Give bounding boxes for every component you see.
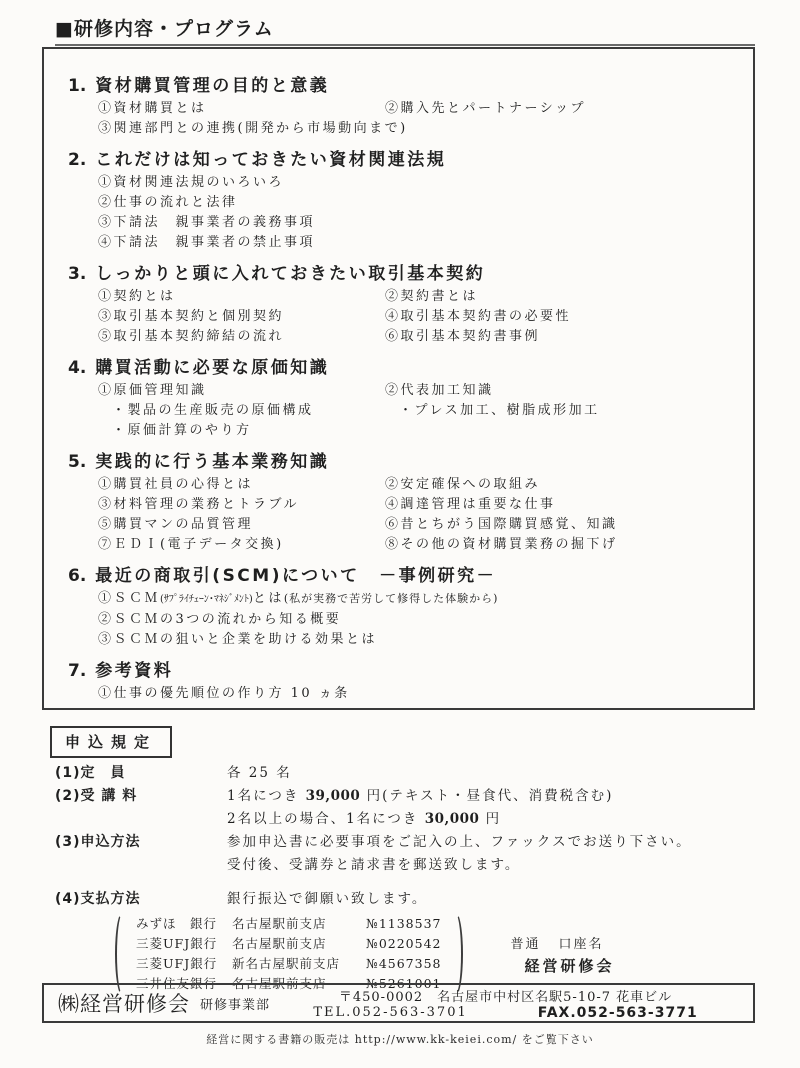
item-left-sub-bullet: ・原価計算のやり方 bbox=[98, 421, 385, 441]
department-name: 研修事業部 bbox=[200, 994, 270, 1013]
item-row: ②仕事の流れと法律 bbox=[98, 193, 735, 213]
section-6-heading: 6.最近の商取引(SCM)について －事例研究－ bbox=[68, 565, 735, 587]
bank-account-number: №1138537 bbox=[366, 914, 442, 934]
item-left: ⑦ＥＤＩ(電子データ交換) bbox=[98, 535, 385, 555]
rule-method-line1: 参加申込書に必要事項をご記入の上、ファックスでお送り下さい。 bbox=[227, 831, 760, 853]
account-name-block: 普通口座名 経営研修会 bbox=[511, 933, 615, 976]
section-1-heading: 1.資材購買管理の目的と意義 bbox=[68, 75, 735, 97]
section-3-items: ①契約とは ②契約書とは ③取引基本契約と個別契約 ④取引基本契約書の必要性 ⑤… bbox=[98, 287, 735, 347]
item-row: ①契約とは ②契約書とは bbox=[98, 287, 735, 307]
item-right: ④取引基本契約書の必要性 bbox=[385, 307, 735, 327]
note-url: http://www.kk-keiei.com/ bbox=[355, 1033, 518, 1046]
scanned-seminar-program-page: ■研修内容・プログラム 1.資材購買管理の目的と意義 ①資材購買とは ②購入先と… bbox=[0, 0, 800, 1068]
item-right: ⑥昔とちがう国際購買感覚、知識 bbox=[385, 515, 735, 535]
section-4-heading: 4.購買活動に必要な原価知識 bbox=[68, 357, 735, 379]
item-right: ⑥取引基本契約書事例 bbox=[385, 327, 735, 347]
item-left: ⑤取引基本契約締結の流れ bbox=[98, 327, 385, 347]
tel-fax-line: TEL.052-563-3701 FAX.052-563-3771 bbox=[270, 1005, 741, 1021]
rule-fee: (2)受 講 料 1名につき 39,000 円(テキスト・昼食代、消費税含む) bbox=[55, 785, 760, 807]
section-2-heading: 2.これだけは知っておきたい資材関連法規 bbox=[68, 149, 735, 171]
item-row: ③材料管理の業務とトラブル ④調達管理は重要な仕事 bbox=[98, 495, 735, 515]
bank-name: 三菱UFJ銀行 bbox=[136, 954, 232, 974]
item-row: ①資材購買とは ②購入先とパートナーシップ bbox=[98, 99, 735, 119]
item-right: ④調達管理は重要な仕事 bbox=[385, 495, 735, 515]
bank-name: 三菱UFJ銀行 bbox=[136, 934, 232, 954]
item-left: ①資材購買とは bbox=[98, 99, 385, 119]
rule-payment-label: (4)支払方法 bbox=[55, 888, 227, 910]
bank-account-number: №0220542 bbox=[366, 934, 442, 954]
phone-number: TEL.052-563-3701 bbox=[313, 1005, 467, 1021]
scm-experience-note: (私が実務で苦労して修得した体験から) bbox=[284, 592, 499, 605]
item-left: ①契約とは bbox=[98, 287, 385, 307]
section-2-items: ①資材関連法規のいろいろ ②仕事の流れと法律 ③下請法 親事業者の義務事項 ④下… bbox=[98, 173, 735, 253]
fee-text: 円(テキスト・昼食代、消費税含む) bbox=[360, 788, 613, 804]
rule-capacity: (1)定 員 各 25 名 bbox=[55, 762, 760, 784]
section-5-heading: 5.実践的に行う基本業務知識 bbox=[68, 451, 735, 473]
page-title: ■研修内容・プログラム bbox=[55, 14, 274, 41]
program-section-7: 7.参考資料 ①仕事の優先順位の作り方 10 ヵ条 bbox=[68, 660, 735, 704]
rule-fee-line1: 1名につき 39,000 円(テキスト・昼食代、消費税含む) bbox=[227, 785, 760, 807]
program-section-2: 2.これだけは知っておきたい資材関連法規 ①資材関連法規のいろいろ ②仕事の流れ… bbox=[68, 149, 735, 253]
section-6-number: 6. bbox=[68, 566, 86, 586]
book-sales-note: 経営に関する書籍の販売は http://www.kk-keiei.com/ をご… bbox=[0, 1031, 800, 1047]
bank-row: 三菱UFJ銀行 新名古屋駅前支店 №4567358 bbox=[136, 954, 442, 974]
fee-discount-amount: 30,000 bbox=[425, 811, 480, 827]
section-7-items: ①仕事の優先順位の作り方 10 ヵ条 bbox=[98, 684, 735, 704]
account-holder-name: 経営研修会 bbox=[525, 955, 615, 976]
item-left: ①原価管理知識 bbox=[98, 381, 385, 401]
company-address: 〒450-0002 名古屋市中村区名駅5-10-7 花車ビル bbox=[270, 986, 741, 1005]
section-7-heading: 7.参考資料 bbox=[68, 660, 735, 682]
bank-branch: 名古屋駅前支店 bbox=[232, 934, 366, 954]
program-section-4: 4.購買活動に必要な原価知識 ①原価管理知識 ②代表加工知識 ・製品の生産販売の… bbox=[68, 357, 735, 441]
section-5-items: ①購買社員の心得とは ②安定確保への取組み ③材料管理の業務とトラブル ④調達管… bbox=[98, 475, 735, 555]
item-right: ②契約書とは bbox=[385, 287, 735, 307]
item-row: ①資材関連法規のいろいろ bbox=[98, 173, 735, 193]
section-1-items: ①資材購買とは ②購入先とパートナーシップ ③関連部門との連携(開発から市場動向… bbox=[98, 99, 735, 139]
company-name: ㈱経営研修会 bbox=[58, 988, 190, 1018]
item-row: ・製品の生産販売の原価構成 ・プレス加工、樹脂成形加工 bbox=[98, 401, 735, 421]
bank-branch: 名古屋駅前支店 bbox=[232, 914, 366, 934]
section-1-title: 資材購買管理の目的と意義 bbox=[95, 76, 329, 96]
title-underline bbox=[55, 44, 755, 46]
rule-application-method: (3)申込方法 参加申込書に必要事項をご記入の上、ファックスでお送り下さい。 bbox=[55, 831, 760, 853]
fee-text: 円 bbox=[479, 811, 501, 827]
rule-capacity-label: (1)定 員 bbox=[55, 762, 227, 784]
section-2-number: 2. bbox=[68, 150, 86, 170]
rule-method-label: (3)申込方法 bbox=[55, 831, 227, 853]
item-left: ③関連部門との連携(開発から市場動向まで) bbox=[98, 119, 385, 139]
account-name-label: 口座名 bbox=[559, 937, 604, 952]
item-row: ④下請法 親事業者の禁止事項 bbox=[98, 233, 735, 253]
item-row: ③関連部門との連携(開発から市場動向まで) bbox=[98, 119, 735, 139]
item-row: ①原価管理知識 ②代表加工知識 bbox=[98, 381, 735, 401]
application-rules-label-box: 申込規定 bbox=[50, 726, 172, 758]
account-type: 普通 bbox=[511, 937, 541, 952]
spacer bbox=[55, 808, 227, 830]
item-row: ①仕事の優先順位の作り方 10 ヵ条 bbox=[98, 684, 735, 704]
item-right: ⑧その他の資材購買業務の掘下げ bbox=[385, 535, 735, 555]
bank-row: 三菱UFJ銀行 名古屋駅前支店 №0220542 bbox=[136, 934, 442, 954]
item-left: ③取引基本契約と個別契約 bbox=[98, 307, 385, 327]
bank-account-number: №4567358 bbox=[366, 954, 442, 974]
rule-fee-label: (2)受 講 料 bbox=[55, 785, 227, 807]
item-right bbox=[385, 421, 735, 441]
section-3-title: しっかりと頭に入れておきたい取引基本契約 bbox=[95, 264, 485, 284]
item-row: ③取引基本契約と個別契約 ④取引基本契約書の必要性 bbox=[98, 307, 735, 327]
section-1-number: 1. bbox=[68, 76, 86, 96]
rule-payment-line1: 銀行振込で御願い致します。 bbox=[227, 888, 760, 910]
item-right-sub-bullet: ・プレス加工、樹脂成形加工 bbox=[385, 401, 735, 421]
section-4-items: ①原価管理知識 ②代表加工知識 ・製品の生産販売の原価構成 ・プレス加工、樹脂成… bbox=[98, 381, 735, 441]
item-right: ②安定確保への取組み bbox=[385, 475, 735, 495]
fee-amount: 39,000 bbox=[306, 788, 361, 804]
section-4-number: 4. bbox=[68, 358, 86, 378]
section-7-title: 参考資料 bbox=[95, 661, 173, 681]
item-row: ③下請法 親事業者の義務事項 bbox=[98, 213, 735, 233]
section-3-heading: 3.しっかりと頭に入れておきたい取引基本契約 bbox=[68, 263, 735, 285]
item-row: ⑤取引基本契約締結の流れ ⑥取引基本契約書事例 bbox=[98, 327, 735, 347]
item-left: ①購買社員の心得とは bbox=[98, 475, 385, 495]
section-2-title: これだけは知っておきたい資材関連法規 bbox=[95, 150, 446, 170]
note-text: 経営に関する書籍の販売は bbox=[206, 1033, 355, 1046]
rule-payment: (4)支払方法 銀行振込で御願い致します。 bbox=[55, 888, 760, 910]
item-right: ②購入先とパートナーシップ bbox=[385, 99, 735, 119]
company-footer-box: ㈱経営研修会 研修事業部 〒450-0002 名古屋市中村区名駅5-10-7 花… bbox=[42, 983, 755, 1023]
program-section-3: 3.しっかりと頭に入れておきたい取引基本契約 ①契約とは ②契約書とは ③取引基… bbox=[68, 263, 735, 347]
scm-item-mid: とは bbox=[253, 591, 284, 606]
bank-branch: 新名古屋駅前支店 bbox=[232, 954, 366, 974]
bank-name: みずほ 銀行 bbox=[136, 914, 232, 934]
item-row: ・原価計算のやり方 bbox=[98, 421, 735, 441]
item-right: ②代表加工知識 bbox=[385, 381, 735, 401]
program-content-box: 1.資材購買管理の目的と意義 ①資材購買とは ②購入先とパートナーシップ ③関連… bbox=[42, 47, 755, 710]
item-row: ③ＳＣＭの狙いと企業を助ける効果とは bbox=[98, 630, 735, 650]
scm-item-main: ①ＳＣＭ bbox=[98, 591, 160, 606]
section-6-title: 最近の商取引(SCM)について －事例研究－ bbox=[95, 566, 496, 586]
section-6-items: ①ＳＣＭ(ｻﾌﾟﾗｲﾁｪｰﾝ･ﾏﾈｼﾞﾒﾝﾄ)とは(私が実務で苦労して修得した体… bbox=[98, 589, 735, 650]
section-3-number: 3. bbox=[68, 264, 86, 284]
rule-method-line2: 受付後、受講券と請求書を郵送致します。 bbox=[227, 854, 760, 876]
bank-row: みずほ 銀行 名古屋駅前支店 №1138537 bbox=[136, 914, 442, 934]
section-5-number: 5. bbox=[68, 452, 86, 472]
program-section-1: 1.資材購買管理の目的と意義 ①資材購買とは ②購入先とパートナーシップ ③関連… bbox=[68, 75, 735, 139]
item-row: ①購買社員の心得とは ②安定確保への取組み bbox=[98, 475, 735, 495]
rule-method-line2-row: 受付後、受講券と請求書を郵送致します。 bbox=[55, 854, 760, 876]
note-text: をご覧下さい bbox=[517, 1033, 594, 1046]
rule-capacity-value: 各 25 名 bbox=[227, 762, 760, 784]
program-section-6: 6.最近の商取引(SCM)について －事例研究－ ①ＳＣＭ(ｻﾌﾟﾗｲﾁｪｰﾝ･… bbox=[68, 565, 735, 650]
item-left: ⑤購買マンの品質管理 bbox=[98, 515, 385, 535]
item-row: ⑦ＥＤＩ(電子データ交換) ⑧その他の資材購買業務の掘下げ bbox=[98, 535, 735, 555]
application-rules-list: (1)定 員 各 25 名 (2)受 講 料 1名につき 39,000 円(テキ… bbox=[55, 762, 760, 996]
section-7-number: 7. bbox=[68, 661, 86, 681]
item-left-sub-bullet: ・製品の生産販売の原価構成 bbox=[98, 401, 385, 421]
item-right bbox=[385, 119, 735, 139]
rule-fee-line2: 2名以上の場合、1名につき 30,000 円 bbox=[227, 808, 760, 830]
item-row: ②ＳＣＭの3つの流れから知る概要 bbox=[98, 610, 735, 630]
item-row: ⑤購買マンの品質管理 ⑥昔とちがう国際購買感覚、知識 bbox=[98, 515, 735, 535]
program-section-5: 5.実践的に行う基本業務知識 ①購買社員の心得とは ②安定確保への取組み ③材料… bbox=[68, 451, 735, 555]
item-row-scm-definition: ①ＳＣＭ(ｻﾌﾟﾗｲﾁｪｰﾝ･ﾏﾈｼﾞﾒﾝﾄ)とは(私が実務で苦労して修得した体… bbox=[98, 589, 735, 610]
fax-number: FAX.052-563-3771 bbox=[538, 1005, 698, 1021]
scm-kana-note: (ｻﾌﾟﾗｲﾁｪｰﾝ･ﾏﾈｼﾞﾒﾝﾄ) bbox=[160, 594, 253, 605]
bank-table: みずほ 銀行 名古屋駅前支店 №1138537 三菱UFJ銀行 名古屋駅前支店 … bbox=[136, 914, 442, 994]
fee-text: 2名以上の場合、1名につき bbox=[227, 811, 425, 827]
item-left: ③材料管理の業務とトラブル bbox=[98, 495, 385, 515]
company-contact-block: 〒450-0002 名古屋市中村区名駅5-10-7 花車ビル TEL.052-5… bbox=[270, 986, 741, 1021]
section-4-title: 購買活動に必要な原価知識 bbox=[95, 358, 329, 378]
account-type-line: 普通口座名 bbox=[511, 933, 615, 952]
rule-fee-line2-row: 2名以上の場合、1名につき 30,000 円 bbox=[55, 808, 760, 830]
spacer bbox=[55, 854, 227, 876]
fee-text: 1名につき bbox=[227, 788, 306, 804]
section-5-title: 実践的に行う基本業務知識 bbox=[95, 452, 329, 472]
